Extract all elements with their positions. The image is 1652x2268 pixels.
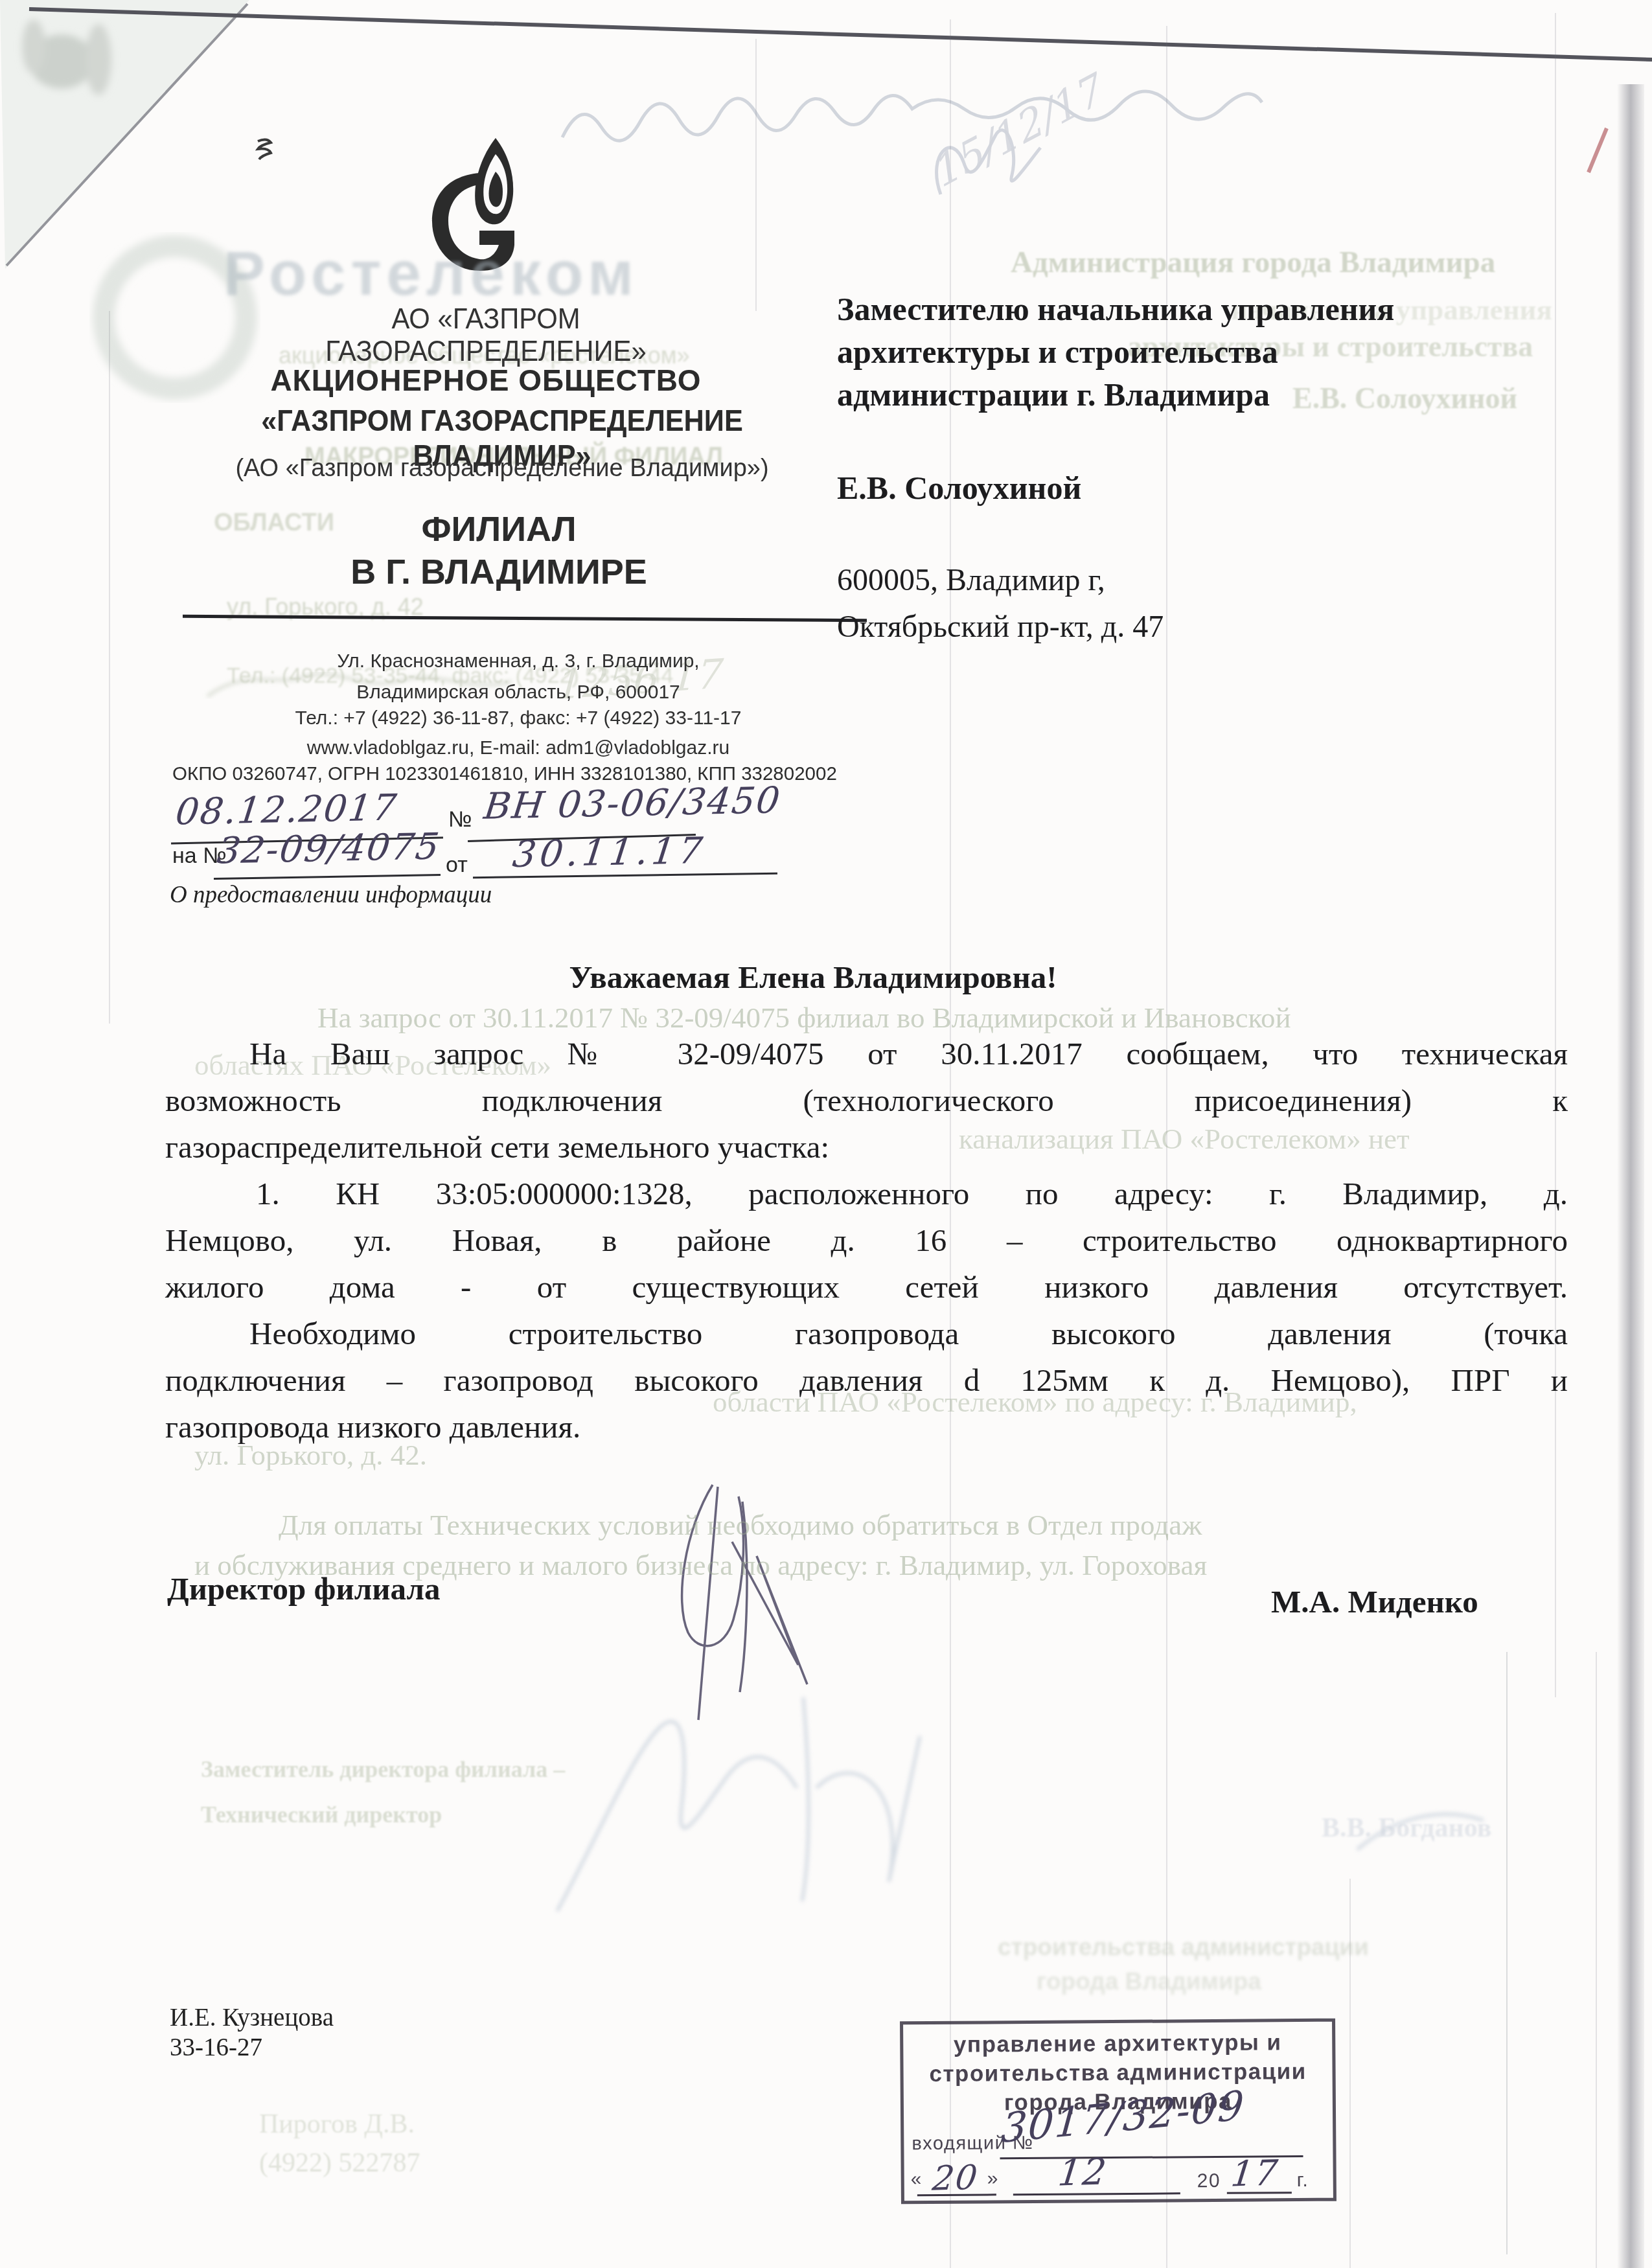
outgoing-number-handwritten: ВН 03-06/3450 <box>481 779 783 828</box>
stamp-year-underline <box>1227 2192 1292 2194</box>
letterhead-org-paren: (АО «Газпром газораспределение Владимир»… <box>181 455 823 483</box>
letterhead-address2: Владимирская область, РФ, 600017 <box>194 682 842 704</box>
ghost-rostelecom-wordmark: Ростелеком <box>224 238 639 310</box>
body-line: 1. КН 33:05:000000:1328, расположенного … <box>165 1175 1568 1212</box>
stamp-year-suffix: г. <box>1297 2170 1309 2192</box>
letterhead-branch2: В Г. ВЛАДИМИРЕ <box>240 552 758 592</box>
subject-line: О предоставлении информации <box>170 881 492 909</box>
body-line: возможность подключения (технологическог… <box>165 1082 1568 1119</box>
body-line: газораспределительной сети земельного уч… <box>165 1128 1568 1165</box>
director-title: Директор филиала <box>167 1570 440 1607</box>
ghost-body-line: На запрос от 30.11.2017 № 32-09/4075 фил… <box>317 1001 1291 1035</box>
stamp-month-handwritten: 12 <box>1056 2151 1110 2194</box>
body-line: жилого дома - от существующих сетей низк… <box>165 1268 1568 1305</box>
body-line: газопровода низкого давления. <box>165 1408 1568 1445</box>
right-scan-edge <box>1617 84 1644 2268</box>
letterhead-address4: www.vladoblgaz.ru, E-mail: adm1@vladoblg… <box>194 737 842 759</box>
crease-line <box>1596 1652 1597 2268</box>
letterhead-address3: Тел.: +7 (4922) 36-11-87, факс: +7 (4922… <box>194 707 842 729</box>
reply-date-handwritten: 30.11.17 <box>511 830 709 876</box>
ghost-executor2-phone: (4922) 522787 <box>259 2148 420 2179</box>
body-line: Необходимо строительство газопровода выс… <box>165 1315 1568 1352</box>
executor-phone: 33-16-27 <box>170 2033 262 2062</box>
reply-date-label: от <box>446 853 468 878</box>
deputy-signature-ghost <box>557 1697 1484 1911</box>
recipient-address2: Октябрьский пр-кт, д. 47 <box>837 609 1164 645</box>
stamp-year-handwritten: 17 <box>1229 2152 1281 2194</box>
crease-line <box>109 311 110 1024</box>
scanned-letter-page: Ростелеком Администрация города Владимир… <box>0 0 1652 2268</box>
body-line: подключения – газопровод высокого давлен… <box>165 1362 1568 1399</box>
recipient-line1: Заместителю начальника управления <box>837 290 1394 328</box>
executor-name: И.Е. Кузнецова <box>170 2003 334 2032</box>
letterhead-address1: Ул. Краснознаменная, д. 3, г. Владимир, <box>194 650 842 672</box>
recipient-name: Е.В. Солоухиной <box>837 469 1081 507</box>
small-ink-mark <box>258 139 271 159</box>
stamp-day-quote-close: » <box>987 2168 999 2190</box>
outgoing-date-handwritten: 08.12.2017 <box>174 786 400 833</box>
letterhead-branch1: ФИЛИАЛ <box>240 509 758 549</box>
ghost-stamp-line: города Владимира <box>1037 1968 1261 1995</box>
stamp-day-underline <box>917 2194 996 2196</box>
ghost-deputy-title: Технический директор <box>201 1801 442 1828</box>
recipient-address1: 600005, Владимир г, <box>837 562 1105 598</box>
director-name: М.А. Миденко <box>1271 1583 1478 1620</box>
recipient-line2: архитектуры и строительства <box>837 333 1278 371</box>
stamp-day-quote-open: « <box>911 2168 923 2190</box>
ghost-header-line: Е.В. Солоухиной <box>1292 381 1517 415</box>
stamp-year-prefix: 20 <box>1197 2170 1221 2192</box>
ghost-header-line: Администрация города Владимира <box>1011 245 1495 280</box>
top-scan-edge-line <box>29 9 1652 60</box>
ghost-deputy-name: В.В. Богданов <box>1322 1813 1491 1844</box>
stamp-line2: строительства администрации <box>903 2059 1332 2088</box>
body-line: На Ваш запрос № 32-09/4075 от 30.11.2017… <box>165 1035 1568 1072</box>
incoming-stamp: управление архитектуры и строительства а… <box>900 2019 1337 2205</box>
ghost-body-line: Для оплаты Технических условий необходим… <box>279 1508 1202 1542</box>
stamp-month-underline <box>1013 2192 1180 2195</box>
stamp-day-handwritten: 20 <box>930 2159 980 2199</box>
ghost-executor2-name: Пирогов Д.В. <box>259 2109 415 2140</box>
number-label: № <box>448 807 472 832</box>
red-pen-mark <box>1589 128 1607 172</box>
corner-fold <box>0 0 249 269</box>
pencil-scribble <box>562 91 1262 141</box>
ghost-deputy-title: Заместитель директора филиала – <box>201 1756 565 1783</box>
salutation: Уважаемая Елена Владимировна! <box>547 959 1079 996</box>
crease-line <box>755 39 757 311</box>
recipient-line3: администрации г. Владимира <box>837 376 1270 413</box>
reply-number-handwritten: 32-09/4075 <box>215 825 443 872</box>
letterhead-org-line1: АКЦИОНЕРНОЕ ОБЩЕСТВО <box>220 363 751 398</box>
stamp-line1: управление архитектуры и <box>903 2030 1332 2059</box>
body-line: Немцово, ул. Новая, в районе д. 16 – стр… <box>165 1222 1568 1259</box>
letterhead-org-caps: АО «ГАЗПРОМ ГАЗОРАСПРЕДЕЛЕНИЕ» <box>234 303 739 368</box>
crease-line <box>1506 1652 1508 2254</box>
ghost-stamp-line: строительства администрации <box>998 1934 1369 1961</box>
